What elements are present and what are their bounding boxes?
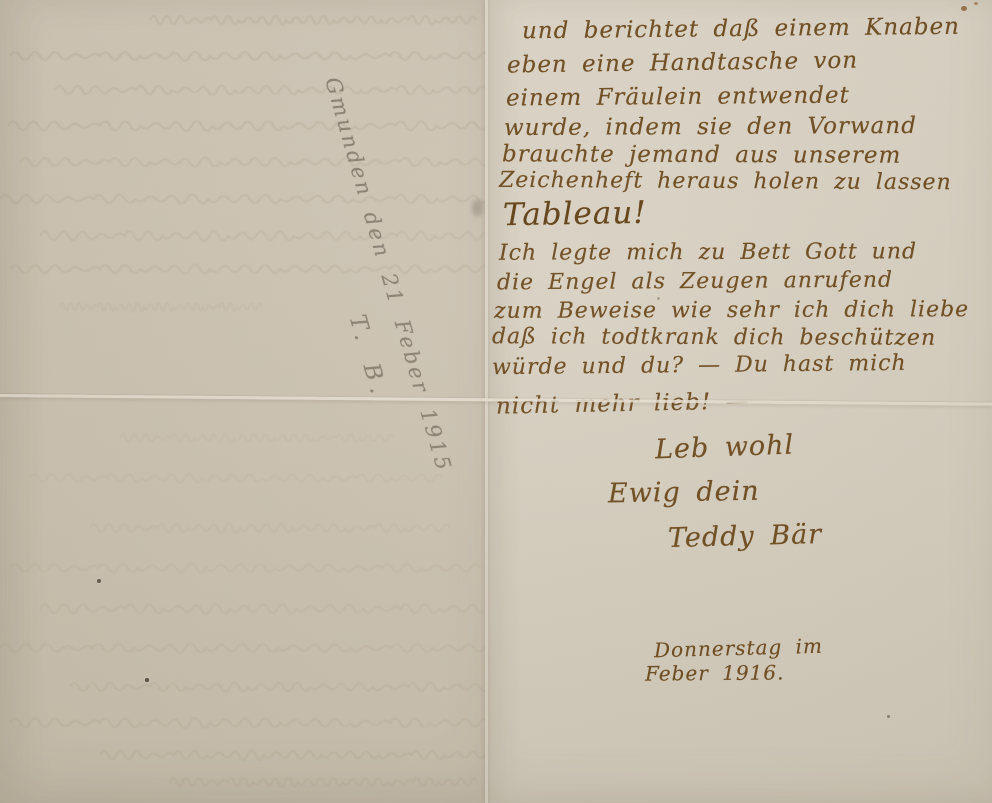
handwritten-line: würde und du? — Du hast mich: [492, 351, 907, 380]
handwritten-line: einem Fräulein entwendet: [506, 83, 850, 112]
closing-farewell: Leb wohl: [655, 430, 795, 466]
handwritten-line: wurde, indem sie den Vorwand: [504, 113, 917, 141]
paper-speck: [657, 297, 660, 300]
handwritten-line: die Engel als Zeugen anrufend: [497, 268, 893, 296]
handwritten-line: daß ich todtkrank dich beschützen: [492, 324, 936, 351]
vertical-fold-crease: [485, 0, 488, 803]
handwritten-line: brauchte jemand aus unserem: [502, 141, 901, 168]
paper-speck: [97, 579, 101, 583]
left-page-back: Gmunden den 21 Feber 1915 T. B.: [0, 0, 487, 803]
paper-speck: [887, 715, 890, 718]
signature: Teddy Bär: [668, 519, 823, 554]
handwritten-line: eben eine Handtasche von: [507, 48, 858, 79]
handwritten-line: zum Beweise wie sehr ich dich liebe: [494, 297, 969, 324]
closing-valediction: Ewig dein: [608, 476, 760, 510]
paper-speck: [961, 6, 967, 11]
paper-speck: [145, 678, 149, 682]
handwritten-exclamation-line: Tableau!: [503, 195, 647, 234]
date-note-line: Donnerstag im: [654, 634, 824, 662]
paper-smudge: [472, 200, 483, 216]
handwritten-line: und berichtet daß einem Knaben: [522, 14, 960, 45]
date-note-line: Feber 1916.: [645, 660, 785, 685]
handwritten-line: Ich legte mich zu Bett Gott und: [499, 239, 917, 265]
paper-speck: [974, 2, 978, 5]
handwritten-line: Zeichenheft heraus holen zu lassen: [499, 168, 952, 195]
handwritten-line: nicht mehr lieb! —: [496, 388, 750, 419]
letter-scan: Gmunden den 21 Feber 1915 T. B. und beri…: [0, 0, 992, 803]
